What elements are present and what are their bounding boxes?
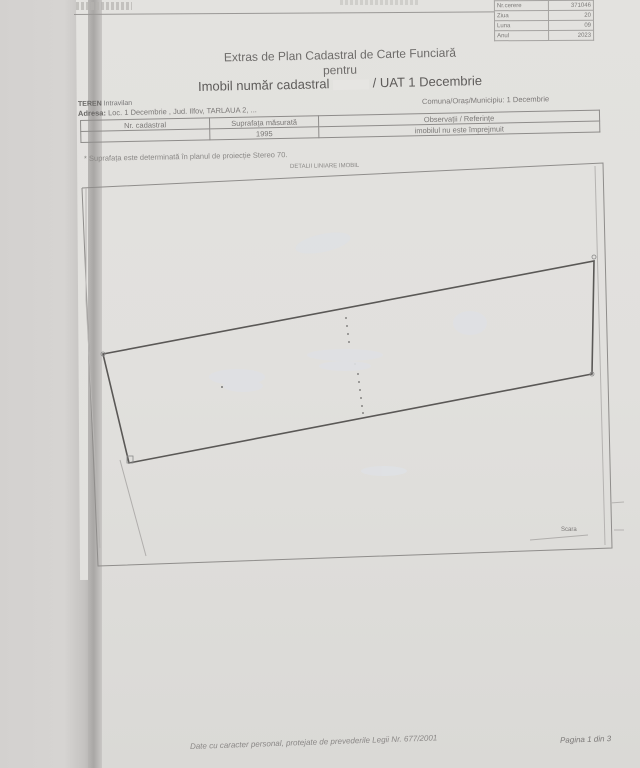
cadastral-plan <box>0 0 640 768</box>
scale-label: Scara <box>561 527 577 533</box>
page-number: Pagina 1 din 3 <box>560 734 611 745</box>
